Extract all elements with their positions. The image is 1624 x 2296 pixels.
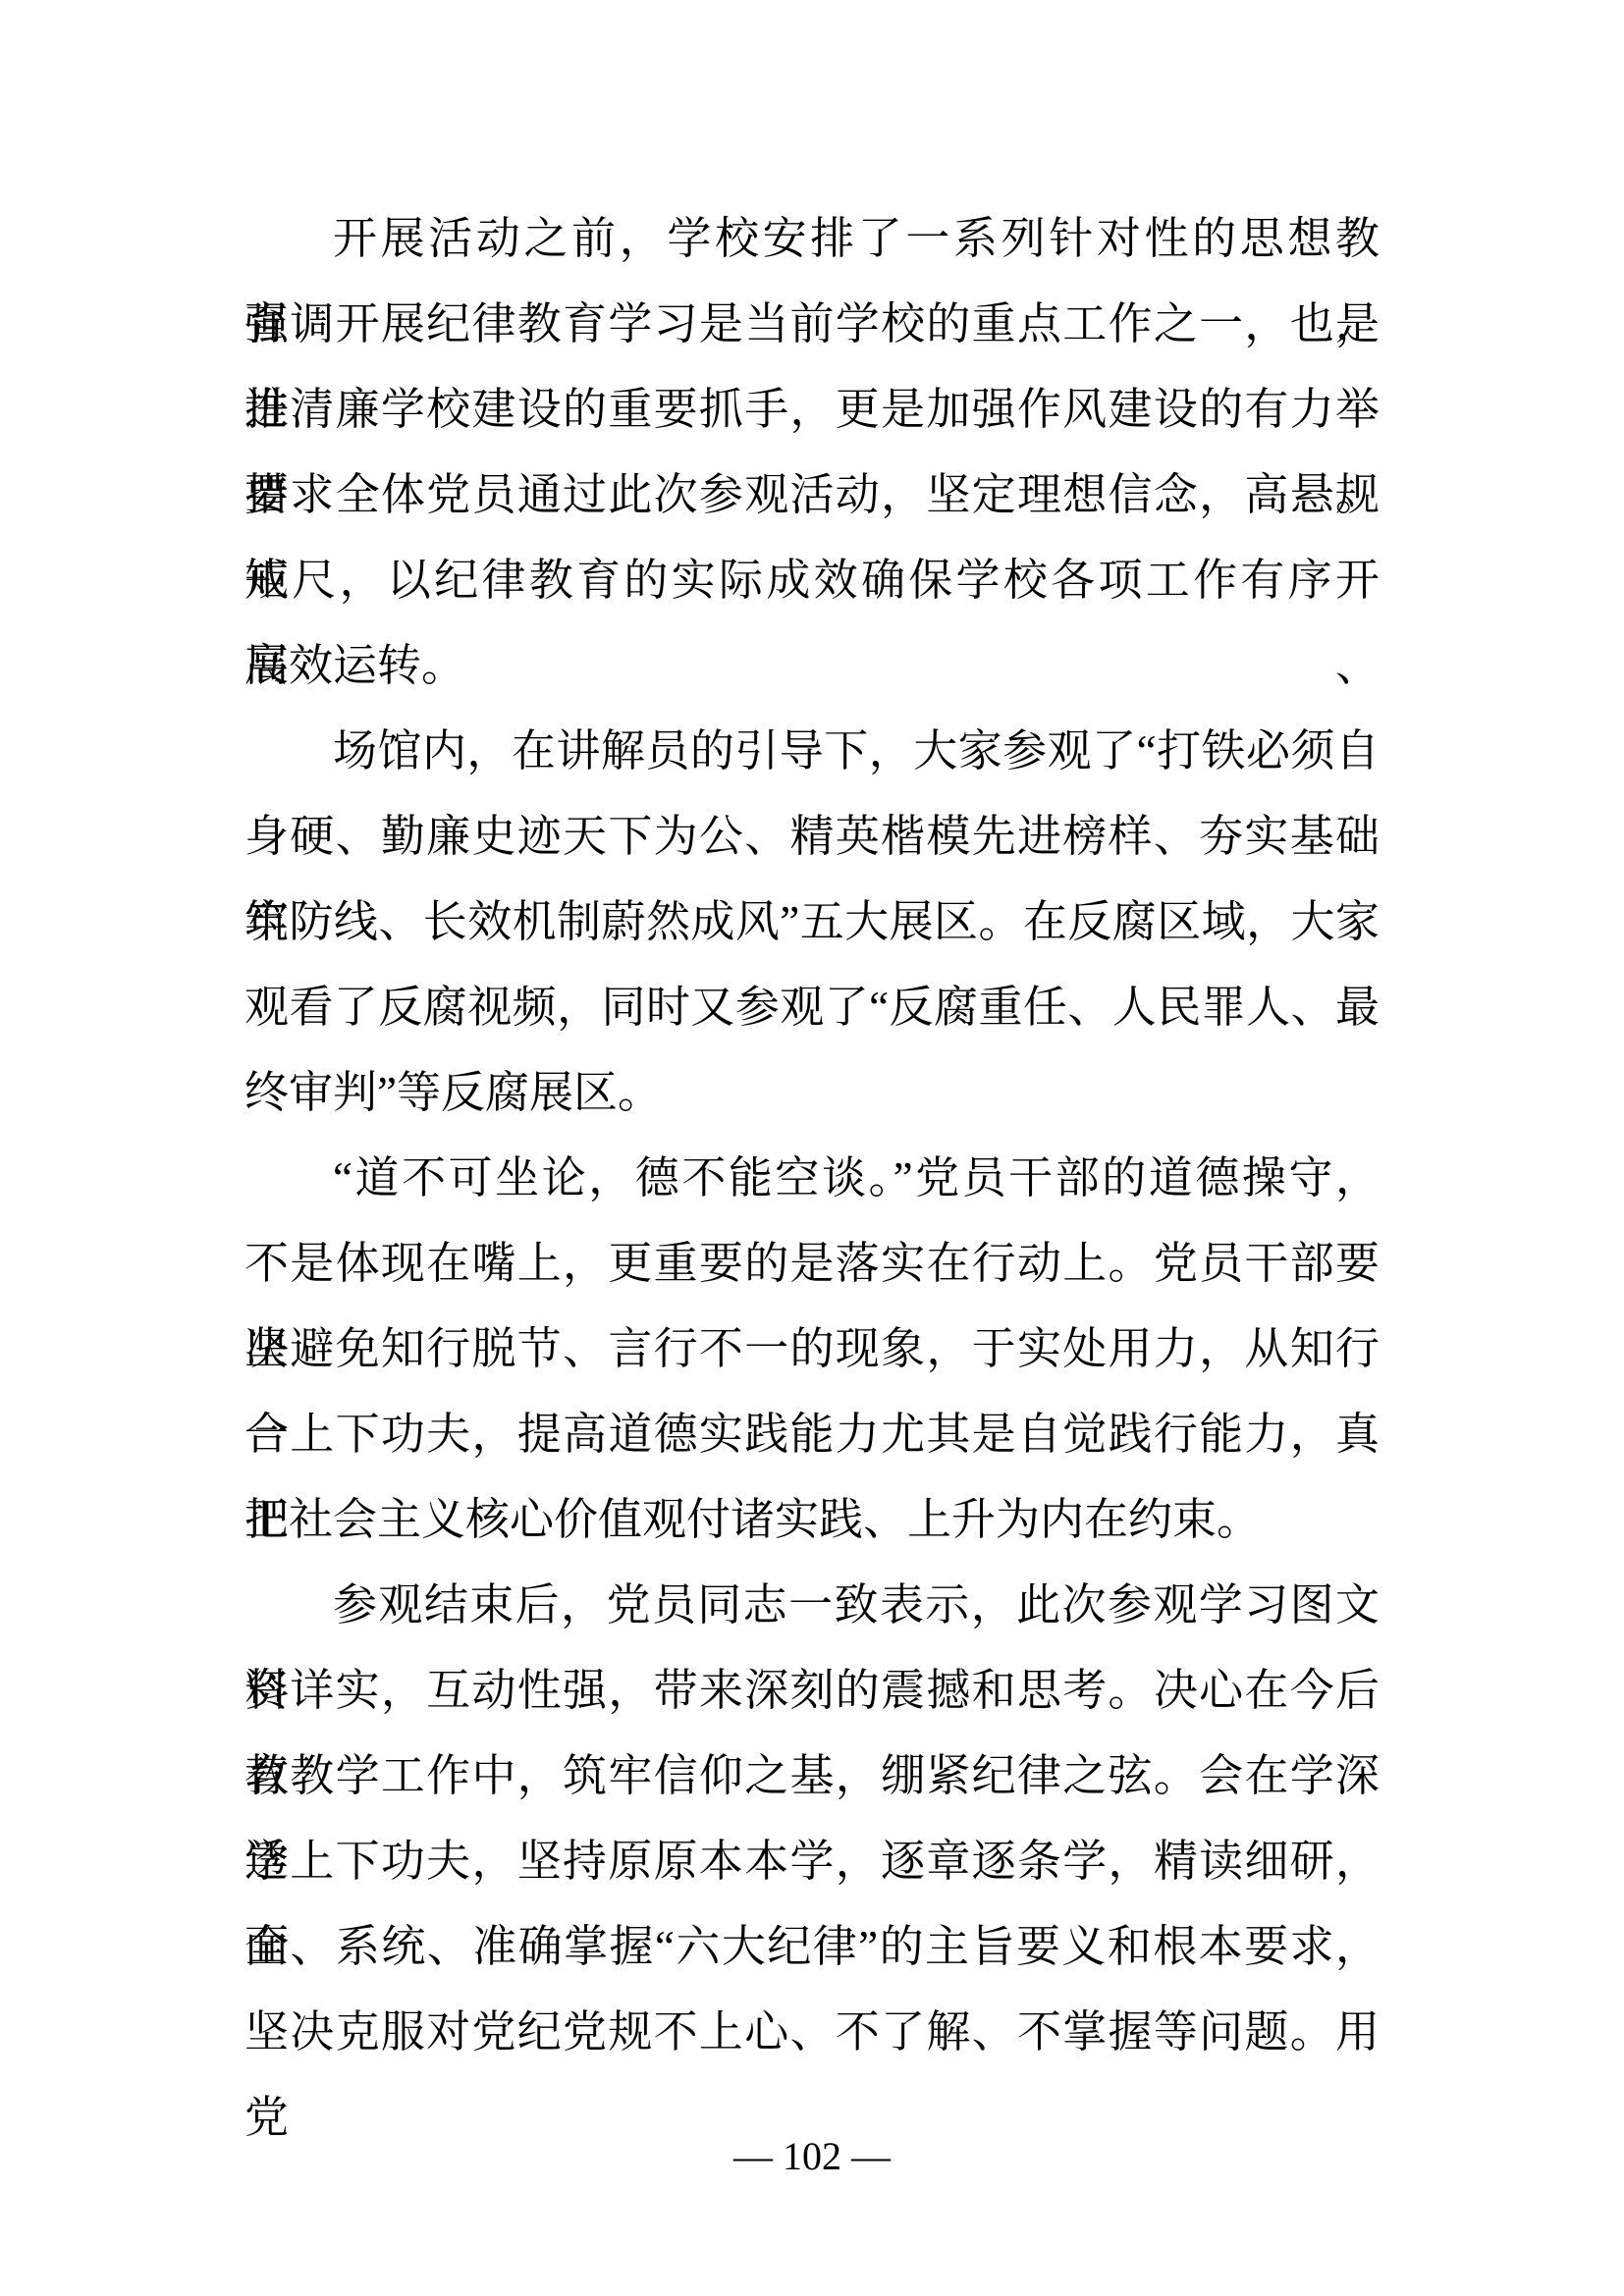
text-line: 要求全体党员通过此次参观活动，坚定理想信念，高悬规矩 [244,453,1380,538]
text-line: 牢防线、长效机制蔚然成风”五大展区。在反腐区域，大家 [244,880,1380,965]
document-page: 开展活动之前，学校安排了一系列针对性的思想教育，强调开展纪律教育学习是当前学校的… [0,0,1624,2296]
text-line: 决避免知行脱节、言行不一的现象，于实处用力，从知行合 [244,1307,1380,1392]
text-line: 透上下功夫，坚持原原本本学，逐章逐条学，精读细研，全 [244,1819,1380,1904]
document-body: 开展活动之前，学校安排了一系列针对性的思想教育，强调开展纪律教育学习是当前学校的… [244,196,1380,2075]
text-line: 料详实，互动性强，带来深刻的震撼和思考。决心在今后教 [244,1648,1380,1734]
text-line: 参观结束后，党员同志一致表示，此次参观学习图文资 [244,1563,1380,1648]
text-line: 开展活动之前，学校安排了一系列针对性的思想教育， [244,196,1380,282]
text-line: 把社会主义核心价值观付诸实践、上升为内在约束。 [244,1477,1380,1563]
text-line: 强调开展纪律教育学习是当前学校的重点工作之一，也是推 [244,282,1380,367]
text-line: 坚决克服对党纪党规不上心、不了解、不掌握等问题。用党 [244,1990,1380,2075]
text-line: 场馆内，在讲解员的引导下，大家参观了“打铁必须自 [244,709,1380,794]
text-line: 终审判”等反腐展区。 [244,1050,1380,1136]
page-number: — 102 — [0,2127,1624,2186]
text-line: 育教学工作中，筑牢信仰之基，绷紧纪律之弦。会在学深学 [244,1734,1380,1819]
text-line: 面、系统、准确掌握“六大纪律”的主旨要义和根本要求， [244,1904,1380,1990]
text-line: 一上下功夫，提高道德实践能力尤其是自觉践行能力，真正 [244,1392,1380,1477]
text-line: 戒尺，以纪律教育的实际成效确保学校各项工作有序开展、 [244,538,1380,623]
text-line: “道不可坐论，德不能空谈。”党员干部的道德操守， [244,1136,1380,1221]
text-line: 观看了反腐视频，同时又参观了“反腐重任、人民罪人、最 [244,965,1380,1050]
text-line: 身硬、勤廉史迹天下为公、精英楷模先进榜样、夯实基础筑 [244,794,1380,880]
text-line: 进清廉学校建设的重要抓手，更是加强作风建设的有力举措。 [244,367,1380,453]
text-line: 不是体现在嘴上，更重要的是落实在行动上。党员干部要坚 [244,1221,1380,1307]
